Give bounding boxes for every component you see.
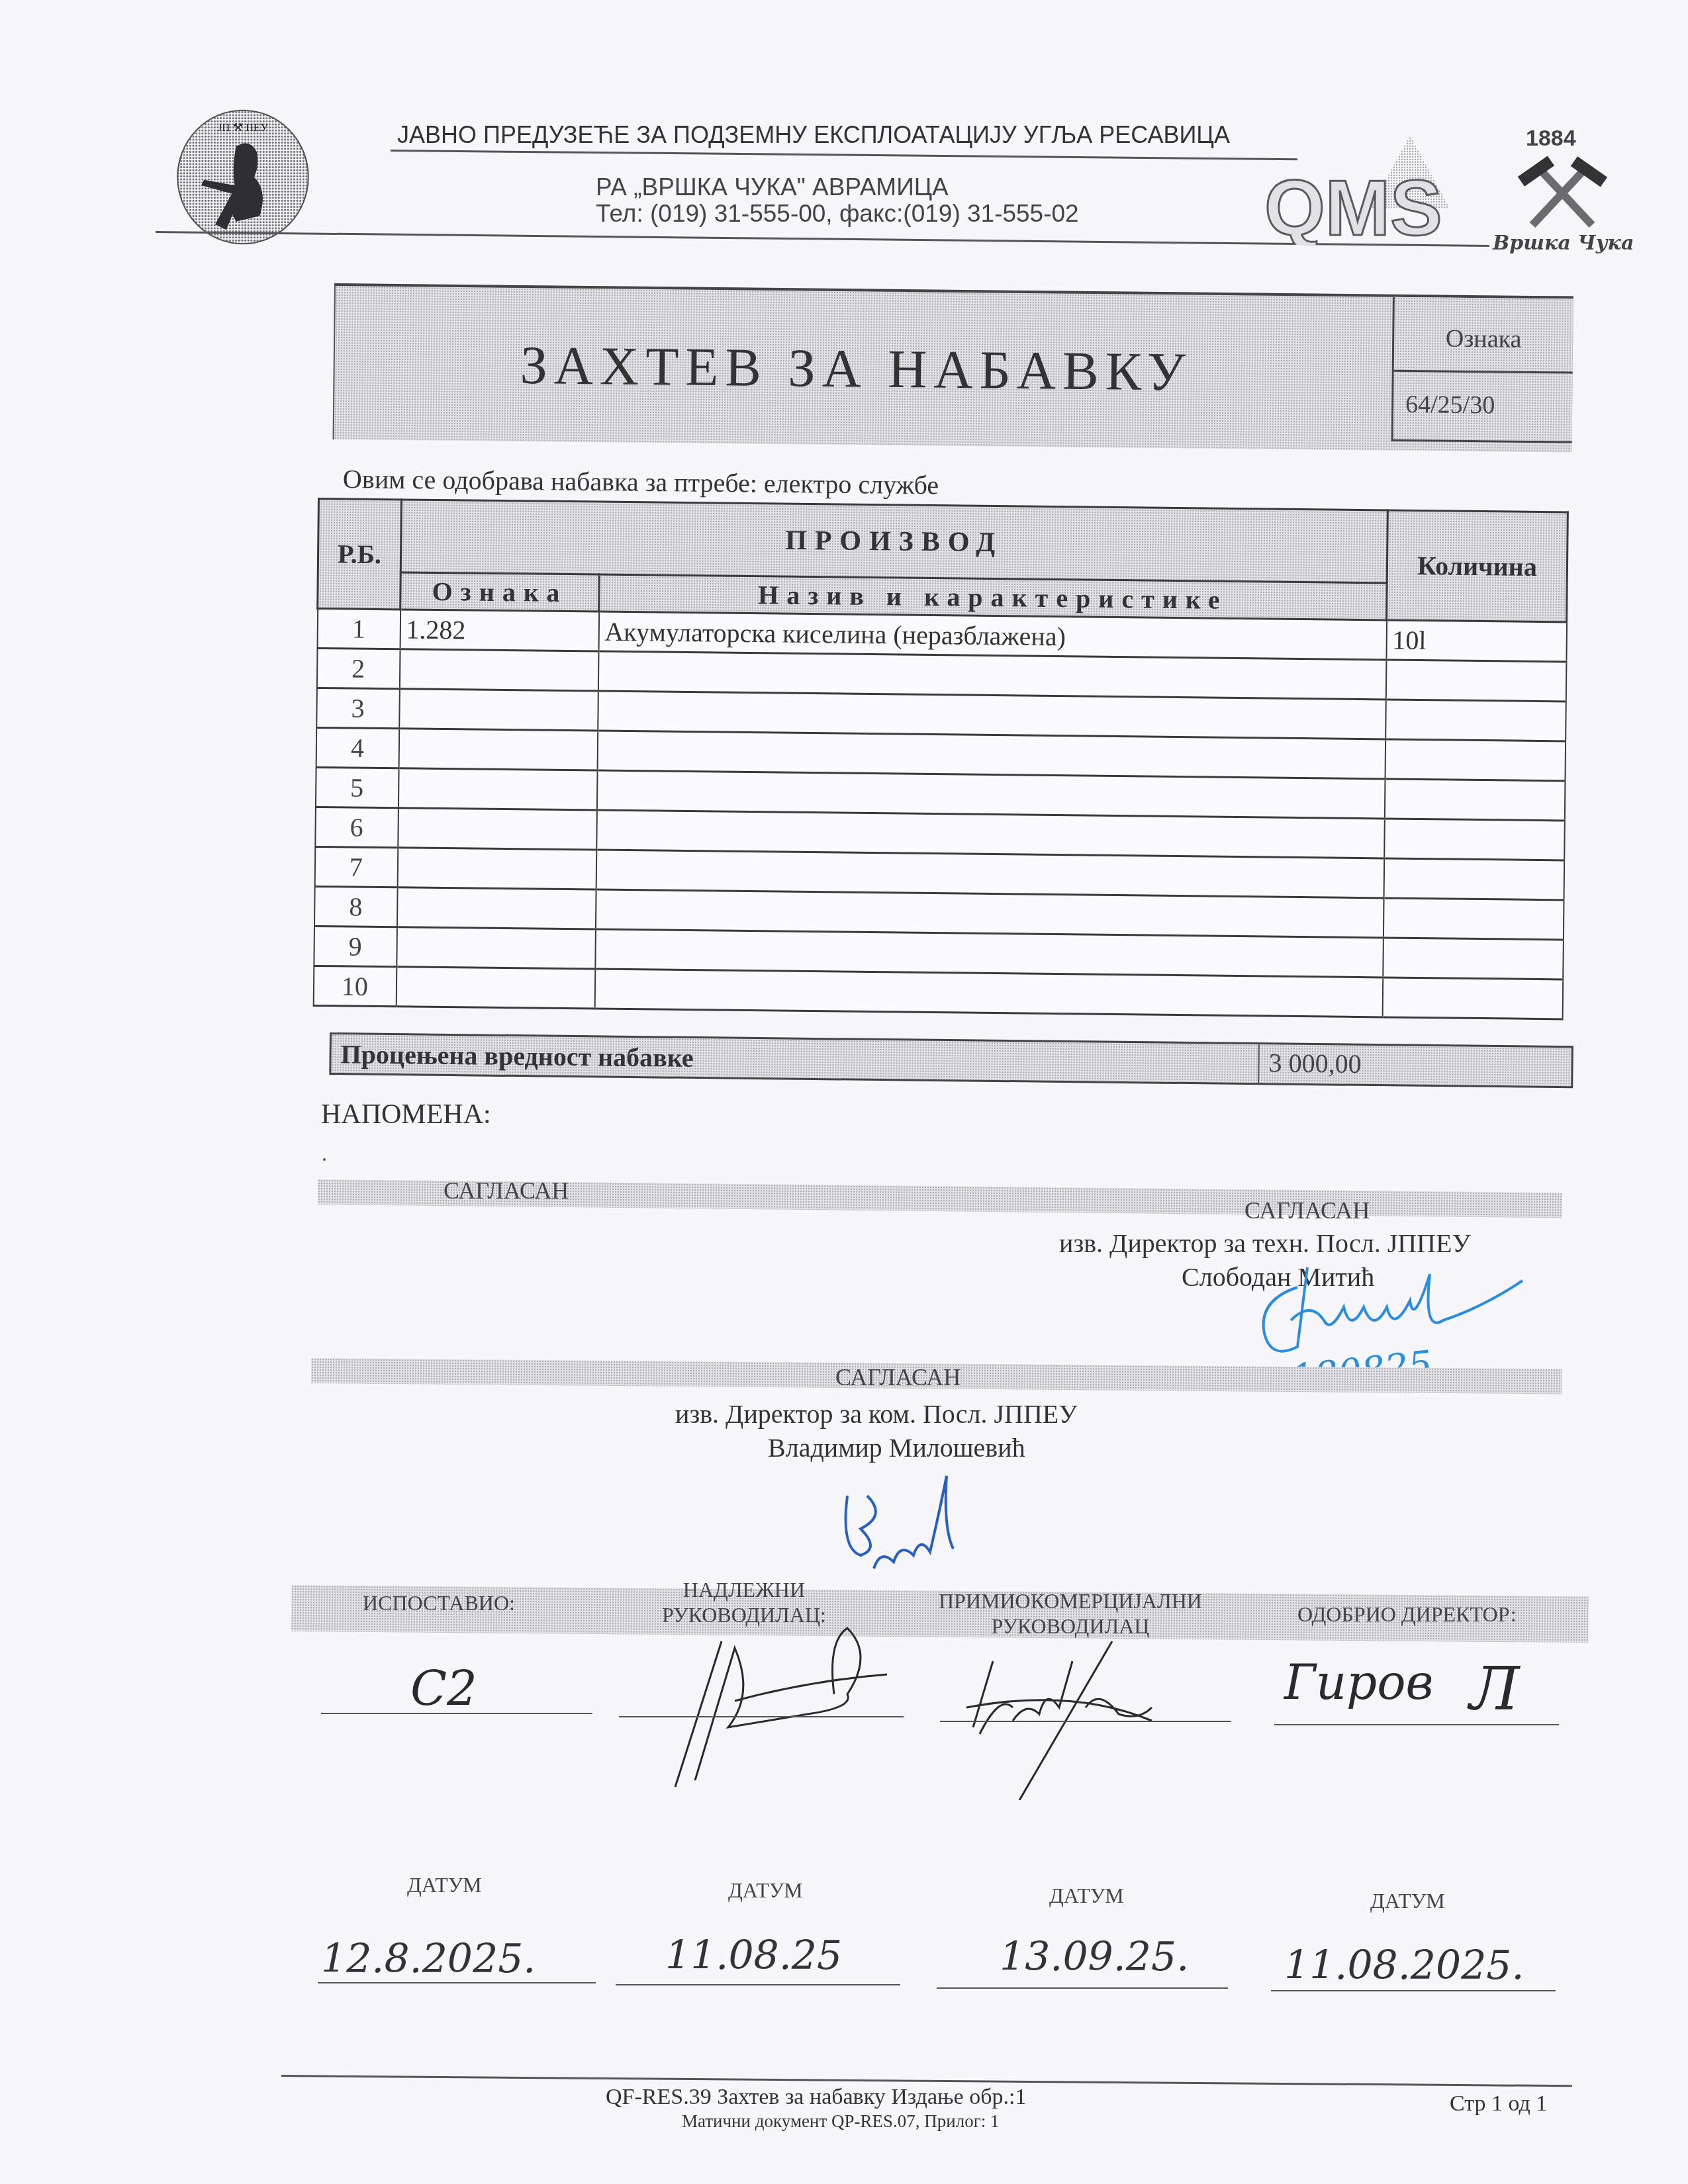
organization-name: ЈАВНО ПРЕДУЗЕЋЕ ЗА ПОДЗЕМНУ ЕКСПЛОАТАЦИЈ…: [397, 121, 1230, 149]
item-quantity: [1383, 898, 1564, 940]
date-manager: 11.08.25: [665, 1933, 842, 1979]
estimated-value-label: Процењена вредност набавке: [340, 1038, 694, 1073]
item-code: [397, 848, 596, 889]
document-code-box: Ознака 64/25/30: [1391, 297, 1573, 443]
date-line-director: [1271, 1990, 1556, 1991]
row-number: 4: [316, 727, 399, 768]
footer-form-code: QF-RES.39 Захтев за набавку Издање обр.:…: [606, 2085, 1026, 2110]
unit-name: РА „ВРШКА ЧУКА" АВРАМИЦА: [596, 173, 949, 201]
item-quantity: [1385, 739, 1566, 781]
item-code: [399, 689, 598, 731]
item-code: 1.282: [400, 610, 599, 651]
item-code: [399, 729, 598, 770]
mine-logo: 1884 Вршка Чука: [1493, 126, 1632, 265]
scan-speck: [323, 1158, 326, 1161]
footer-master-document: Матични документ QP-RES.07, Прилог: 1: [682, 2111, 999, 2132]
agree-label-left: САГЛАСАН: [444, 1177, 569, 1205]
date-line-commercial: [937, 1987, 1228, 1989]
qms-triangle-icon: QMS: [1258, 129, 1463, 245]
signature-line-director: [1274, 1724, 1559, 1725]
signatory-label-commercial: ПРИМИОКОМЕРЦИЈАЛНИ РУКОВОДИЛАЦ: [939, 1588, 1202, 1639]
products-table: Р.Б. ПРОИЗВОД Количина Ознака Назив и ка…: [312, 498, 1569, 1020]
director-signature: Гиров: [1284, 1655, 1433, 1710]
item-quantity: [1385, 660, 1566, 702]
tech-director-role: изв. Директор за техн. Посл. ЈППЕУ: [1059, 1228, 1471, 1259]
company-seal: ЈП ⚒ ПЕУ: [173, 106, 312, 248]
row-number: 1: [317, 609, 400, 649]
row-number: 7: [314, 846, 398, 887]
svg-text:QMS: QMS: [1264, 165, 1442, 245]
signature-line-issuer: [321, 1713, 592, 1714]
item-quantity: [1384, 819, 1565, 860]
agree-label-tech: САГЛАСАН: [1244, 1197, 1370, 1224]
header-divider: [391, 150, 1297, 160]
header-code: Ознака: [400, 572, 600, 612]
row-number: 9: [314, 926, 397, 966]
document-title-block: ЗАХТЕВ ЗА НАБАВКУ Ознака 64/25/30: [333, 283, 1573, 453]
commercial-manager-signature-icon: [940, 1635, 1284, 1800]
row-number: 6: [315, 807, 399, 847]
item-code: [397, 887, 596, 929]
date-line-issuer: [318, 1982, 596, 1983]
row-number: 5: [315, 767, 399, 807]
header-row-number: Р.Б.: [318, 499, 402, 610]
footer-page-number: Стр 1 од 1: [1450, 2091, 1547, 2116]
manager-signature-icon: [635, 1615, 940, 1794]
item-code: [396, 967, 595, 1009]
item-name: [594, 969, 1383, 1017]
header-product: ПРОИЗВОД: [400, 500, 1387, 583]
qms-logo: QMS: [1258, 129, 1463, 245]
estimated-value: 3 000,00: [1258, 1044, 1362, 1084]
row-number: 3: [316, 688, 400, 728]
miner-seal-icon: ЈП ⚒ ПЕУ: [173, 106, 312, 248]
row-number: 10: [313, 966, 397, 1006]
date-label-manager: ДАТУМ: [728, 1878, 803, 1903]
signatory-label-director: ОДОБРИО ДИРЕКТОР:: [1297, 1602, 1517, 1627]
estimated-value-row: Процењена вредност набавке 3 000,00: [329, 1032, 1573, 1088]
note-label: НАПОМЕНА:: [321, 1099, 491, 1130]
commercial-director-role: изв. Директор за ком. Посл. ЈППЕУ: [675, 1398, 1078, 1430]
signature-line-commercial: [940, 1721, 1231, 1722]
item-quantity: [1383, 938, 1564, 979]
director-initial-mark-icon: Л: [1470, 1655, 1519, 1724]
signatory-label-issuer: ИСПОСТАВИО:: [363, 1590, 515, 1615]
date-director: 11.08.2025.: [1284, 1942, 1524, 1989]
contact-info: Тел: (019) 31-555-00, факс:(019) 31-555-…: [596, 200, 1079, 228]
document-code-label: Ознака: [1394, 324, 1573, 355]
date-issuer: 12.8.2025.: [321, 1936, 536, 1982]
commercial-director-signature-icon: [821, 1469, 1033, 1602]
products-table-body: 11.282Акумулаторска киселина (неразблаже…: [313, 609, 1566, 1019]
item-quantity: 10l: [1386, 620, 1567, 662]
signature-line-manager: [619, 1716, 904, 1717]
issuer-signature: C2: [410, 1661, 477, 1717]
item-quantity: [1384, 779, 1565, 821]
date-label-commercial: ДАТУМ: [1049, 1884, 1124, 1908]
item-code: [398, 768, 597, 810]
item-code: [399, 649, 598, 691]
row-number: 2: [316, 649, 400, 689]
header-quantity: Количина: [1387, 510, 1568, 622]
item-quantity: [1383, 858, 1564, 900]
date-label-director: ДАТУМ: [1370, 1889, 1445, 1913]
item-quantity: [1382, 978, 1563, 1019]
code-box-divider: [1394, 370, 1573, 374]
agree-label-commercial: САГЛАСАН: [835, 1363, 961, 1391]
item-quantity: [1385, 700, 1566, 741]
date-label-issuer: ДАТУМ: [407, 1873, 482, 1897]
item-code: [397, 927, 596, 969]
row-number: 8: [314, 886, 397, 927]
mine-name: Вршка Чука: [1493, 232, 1634, 255]
date-line-manager: [616, 1984, 900, 1985]
date-commercial: 13.09.25.: [1000, 1934, 1189, 1980]
svg-text:ЈП ⚒ ПЕУ: ЈП ⚒ ПЕУ: [218, 121, 268, 134]
commercial-director-name: Владимир Милошевић: [768, 1432, 1025, 1463]
item-code: [398, 808, 597, 850]
document-title: ЗАХТЕВ ЗА НАБАВКУ: [520, 334, 1192, 404]
purpose-statement: Овим се одобрава набавка за птребе: елек…: [343, 463, 939, 500]
document-code-value: 64/25/30: [1405, 390, 1495, 420]
